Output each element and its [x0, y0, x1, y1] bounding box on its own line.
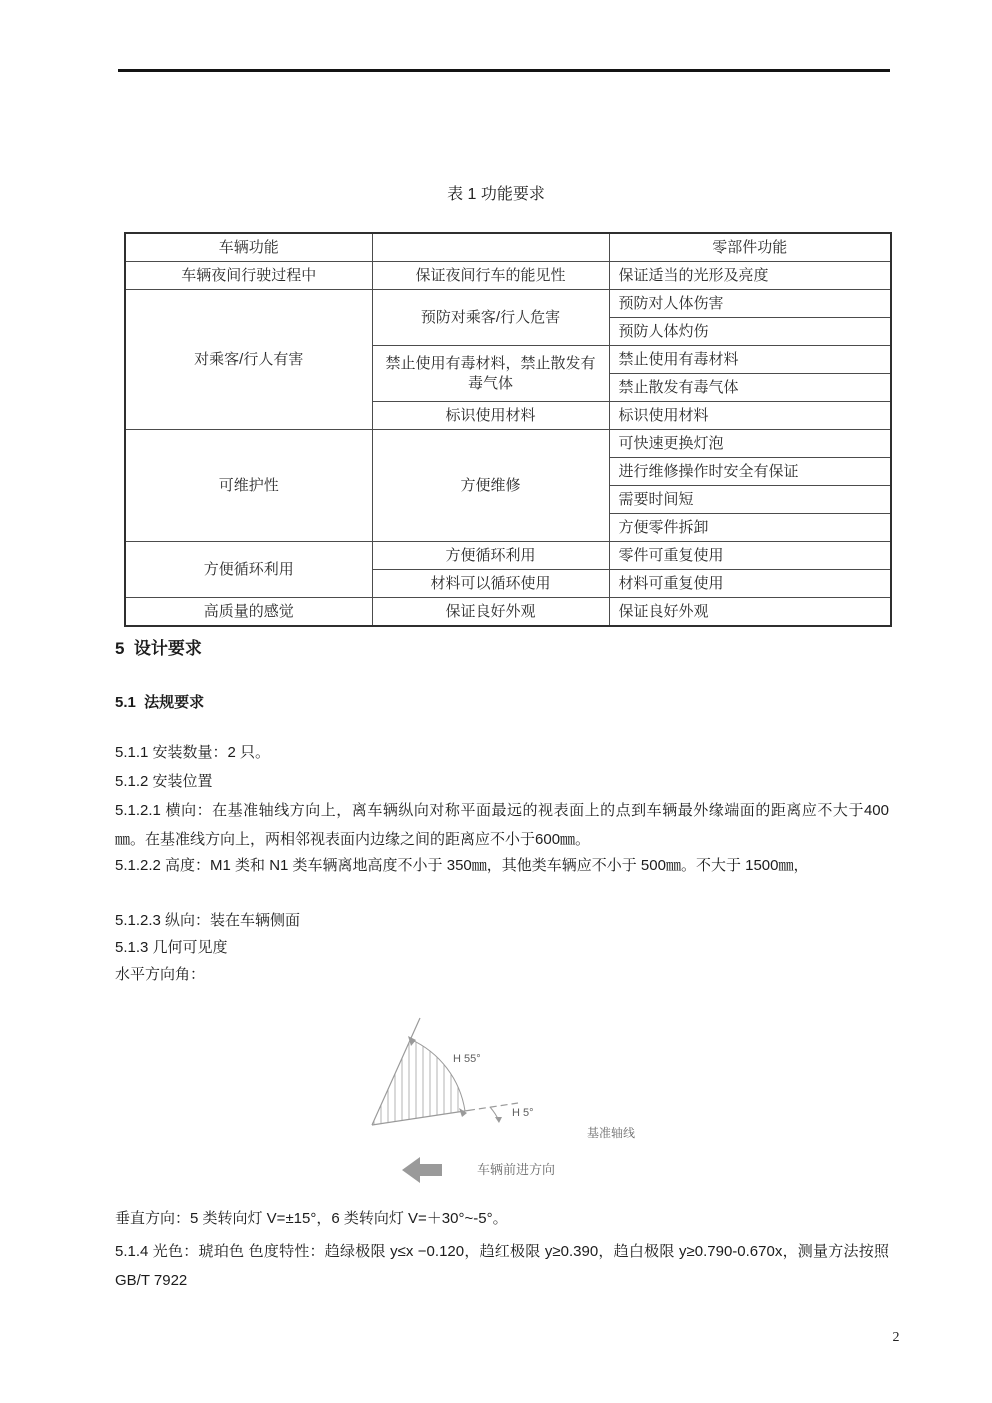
document-page: { "title": "表 1 功能要求", "table": { "heade…: [0, 0, 992, 1403]
table-cell: 保证夜间行车的能见性: [372, 262, 609, 290]
table-cell: 标识使用材料: [372, 402, 609, 430]
table-row: 车辆夜间行驶过程中 保证夜间行车的能见性 保证适当的光形及亮度: [125, 262, 891, 290]
function-requirements-table: 车辆功能 零部件功能 车辆夜间行驶过程中 保证夜间行车的能见性 保证适当的光形及…: [124, 232, 892, 627]
table-cell: 车辆夜间行驶过程中: [125, 262, 372, 290]
paragraph-5-1-2-2: 5.1.2.2 高度：M1 类和 N1 类车辆离地高度不小于 350㎜，其他类车…: [115, 851, 889, 880]
direction-label: 车辆前进方向: [477, 1162, 555, 1177]
table-row: 车辆功能 零部件功能: [125, 233, 891, 262]
table-cell: 禁止使用有毒材料: [609, 346, 891, 374]
table-cell: 进行维修操作时安全有保证: [609, 458, 891, 486]
diagram-svg: H 55° H 5° 基准轴线 车辆前进方向: [350, 1000, 680, 1195]
table-header-cell: 车辆功能: [125, 233, 372, 262]
paragraph-vertical-angle: 垂直方向：5 类转向灯 V=±15°，6 类转向灯 V=＋30°~-5°。: [115, 1204, 889, 1233]
table-cell: 标识使用材料: [609, 402, 891, 430]
table-cell: 可快速更换灯泡: [609, 430, 891, 458]
table-cell: 保证良好外观: [372, 598, 609, 627]
table-cell: 禁止散发有毒气体: [609, 374, 891, 402]
table-cell: 预防人体灼伤: [609, 318, 891, 346]
table-cell: 保证良好外观: [609, 598, 891, 627]
table-cell: 对乘客/行人有害: [125, 290, 372, 430]
table-cell: 需要时间短: [609, 486, 891, 514]
paragraph-5-1-2-1: 5.1.2.1 横向：在基准轴线方向上，离车辆纵向对称平面最远的视表面上的点到车…: [115, 796, 889, 854]
table-cell: 保证适当的光形及亮度: [609, 262, 891, 290]
forward-arrow-icon: [402, 1157, 442, 1183]
table-row: 对乘客/行人有害 预防对乘客/行人危害 预防对人体伤害: [125, 290, 891, 318]
reference-axis-line: [468, 1103, 518, 1111]
table-cell: 方便循环利用: [372, 542, 609, 570]
header-rule: [118, 69, 890, 72]
table-title: 表 1 功能要求: [0, 181, 992, 204]
table-header-cell: [372, 233, 609, 262]
table-cell: 零件可重复使用: [609, 542, 891, 570]
table-row: 可维护性 方便维修 可快速更换灯泡: [125, 430, 891, 458]
lower-angle-label: H 5°: [512, 1107, 534, 1119]
upper-angle-label: H 55°: [453, 1053, 481, 1065]
table-cell: 方便循环利用: [125, 542, 372, 598]
section-heading-5-1: 5.1 法规要求: [115, 688, 889, 717]
paragraph-5-1-2-3: 5.1.2.3 纵向：装在车辆侧面: [115, 906, 889, 935]
reference-axis-label: 基准轴线: [587, 1125, 635, 1140]
paragraph-5-1-1: 5.1.1 安装数量：2 只。: [115, 738, 889, 767]
table-cell: 材料可重复使用: [609, 570, 891, 598]
paragraph-horizontal-angle: 水平方向角：: [115, 960, 889, 989]
paragraph-5-1-4: 5.1.4 光色：琥珀色 色度特性：趋绿极限 y≤x −0.120，趋红极限 y…: [115, 1237, 889, 1295]
table-cell: 材料可以循环使用: [372, 570, 609, 598]
axis-pointer-arrowhead: [495, 1117, 502, 1123]
table-row: 方便循环利用 方便循环利用 零件可重复使用: [125, 542, 891, 570]
paragraph-5-1-2: 5.1.2 安装位置: [115, 767, 889, 796]
paragraph-5-1-3: 5.1.3 几何可见度: [115, 933, 889, 962]
table-cell: 预防对人体伤害: [609, 290, 891, 318]
table-cell: 禁止使用有毒材料，禁止散发有毒气体: [372, 346, 609, 402]
table-cell: 可维护性: [125, 430, 372, 542]
hatched-sector: [372, 1039, 465, 1125]
geometric-visibility-diagram: H 55° H 5° 基准轴线 车辆前进方向: [350, 1000, 680, 1195]
table-cell: 方便零件拆卸: [609, 514, 891, 542]
section-heading-5: 5 设计要求: [115, 634, 889, 663]
table-cell: 预防对乘客/行人危害: [372, 290, 609, 346]
table-row: 高质量的感觉 保证良好外观 保证良好外观: [125, 598, 891, 627]
table-cell: 方便维修: [372, 430, 609, 542]
table-header-cell: 零部件功能: [609, 233, 891, 262]
table-cell: 高质量的感觉: [125, 598, 372, 627]
page-number: 2: [876, 1330, 916, 1346]
